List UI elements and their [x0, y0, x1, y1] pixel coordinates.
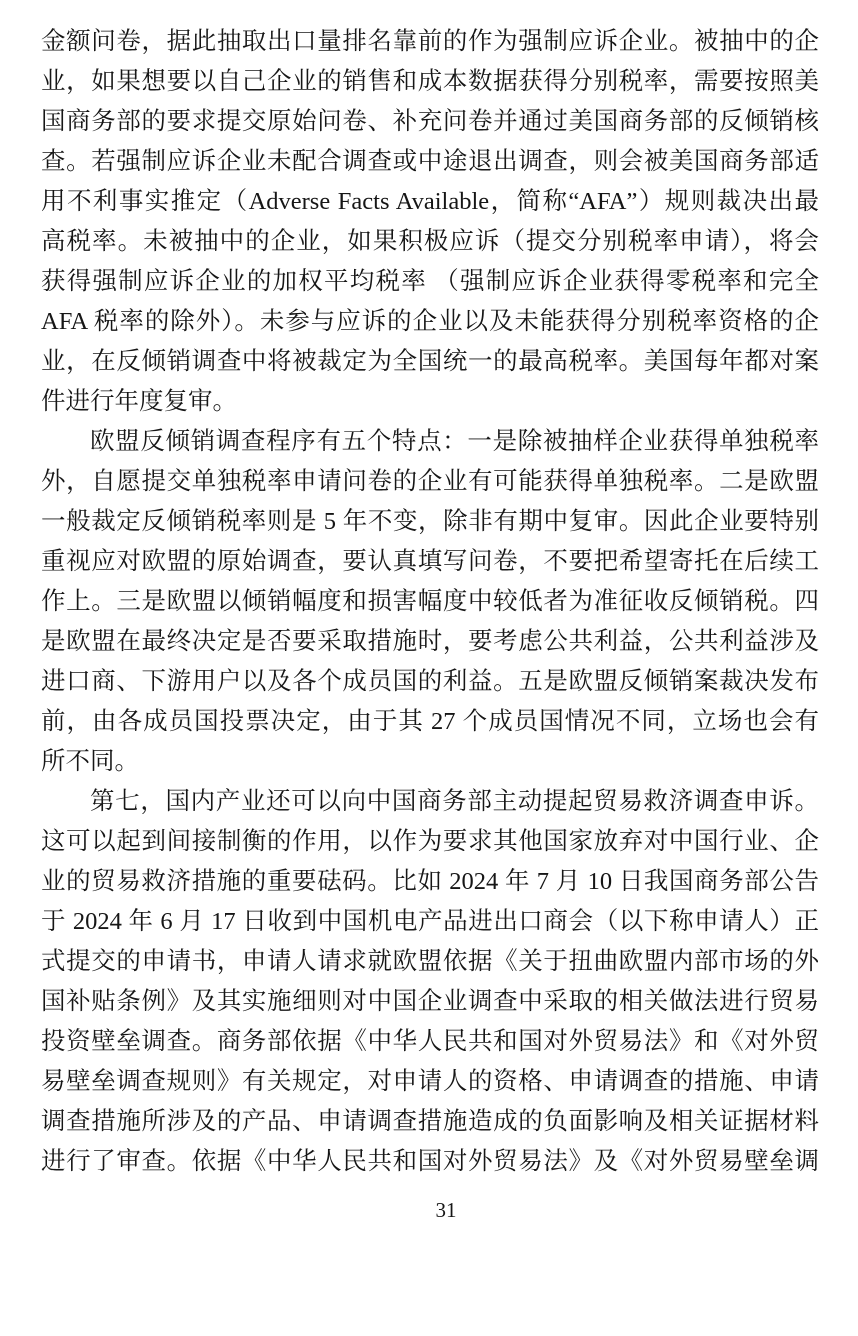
text-line: 前，由各成员国投票决定，由于其 27 个成员国情况不同，立场也会有: [41, 702, 819, 742]
text-line: 易壁垒调查规则》有关规定，对申请人的资格、申请调查的措施、申请: [41, 1062, 819, 1102]
text-line: 高税率。未被抽中的企业，如果积极应诉（提交分别税率申请），将会: [41, 222, 819, 262]
text-line: 件进行年度复审。: [41, 382, 819, 422]
text-line: 外，自愿提交单独税率申请问卷的企业有可能获得单独税率。二是欧盟: [41, 462, 819, 502]
page-number: 31: [17, 1194, 858, 1226]
text-line: 所不同。: [41, 742, 819, 782]
text-line: 第七，国内产业还可以向中国商务部主动提起贸易救济调查申诉。: [41, 782, 819, 822]
text-line: 国补贴条例》及其实施细则对中国企业调查中采取的相关做法进行贸易: [41, 982, 819, 1022]
text-line: 作上。三是欧盟以倾销幅度和损害幅度中较低者为准征收反倾销税。四: [41, 582, 819, 622]
text-line: 业的贸易救济措施的重要砝码。比如 2024 年 7 月 10 日我国商务部公告: [41, 862, 819, 902]
document-page: { "page": { "number": "31", "background"…: [0, 0, 858, 1336]
text-line: AFA 税率的除外）。未参与应诉的企业以及未能获得分别税率资格的企: [41, 302, 819, 342]
text-line: 投资壁垒调查。商务部依据《中华人民共和国对外贸易法》和《对外贸: [41, 1022, 819, 1062]
text-line: 是欧盟在最终决定是否要采取措施时，要考虑公共利益，公共利益涉及: [41, 622, 819, 662]
text-line: 式提交的申请书，申请人请求就欧盟依据《关于扭曲欧盟内部市场的外: [41, 942, 819, 982]
text-line: 业，如果想要以自己企业的销售和成本数据获得分别税率，需要按照美: [41, 62, 819, 102]
body-text: 金额问卷，据此抽取出口量排名靠前的作为强制应诉企业。被抽中的企 业，如果想要以自…: [41, 22, 819, 1182]
text-line: 重视应对欧盟的原始调查，要认真填写问卷，不要把希望寄托在后续工: [41, 542, 819, 582]
text-line: 获得强制应诉企业的加权平均税率 （强制应诉企业获得零税率和完全: [41, 262, 819, 302]
text-line: 金额问卷，据此抽取出口量排名靠前的作为强制应诉企业。被抽中的企: [41, 22, 819, 62]
text-line: 调查措施所涉及的产品、申请调查措施造成的负面影响及相关证据材料: [41, 1102, 819, 1142]
text-line: 进行了审查。依据《中华人民共和国对外贸易法》及《对外贸易壁垒调: [41, 1142, 819, 1182]
text-line: 于 2024 年 6 月 17 日收到中国机电产品进出口商会（以下称申请人）正: [41, 902, 819, 942]
text-line: 查。若强制应诉企业未配合调查或中途退出调查，则会被美国商务部适: [41, 142, 819, 182]
text-line: 进口商、下游用户以及各个成员国的利益。五是欧盟反倾销案裁决发布: [41, 662, 819, 702]
text-line: 欧盟反倾销调查程序有五个特点：一是除被抽样企业获得单独税率: [41, 422, 819, 462]
text-line: 用不利事实推定（Adverse Facts Available，简称“AFA”）…: [41, 182, 819, 222]
text-line: 一般裁定反倾销税率则是 5 年不变，除非有期中复审。因此企业要特别: [41, 502, 819, 542]
text-line: 业，在反倾销调查中将被裁定为全国统一的最高税率。美国每年都对案: [41, 342, 819, 382]
text-line: 国商务部的要求提交原始问卷、补充问卷并通过美国商务部的反倾销核: [41, 102, 819, 142]
text-line: 这可以起到间接制衡的作用，以作为要求其他国家放弃对中国行业、企: [41, 822, 819, 862]
